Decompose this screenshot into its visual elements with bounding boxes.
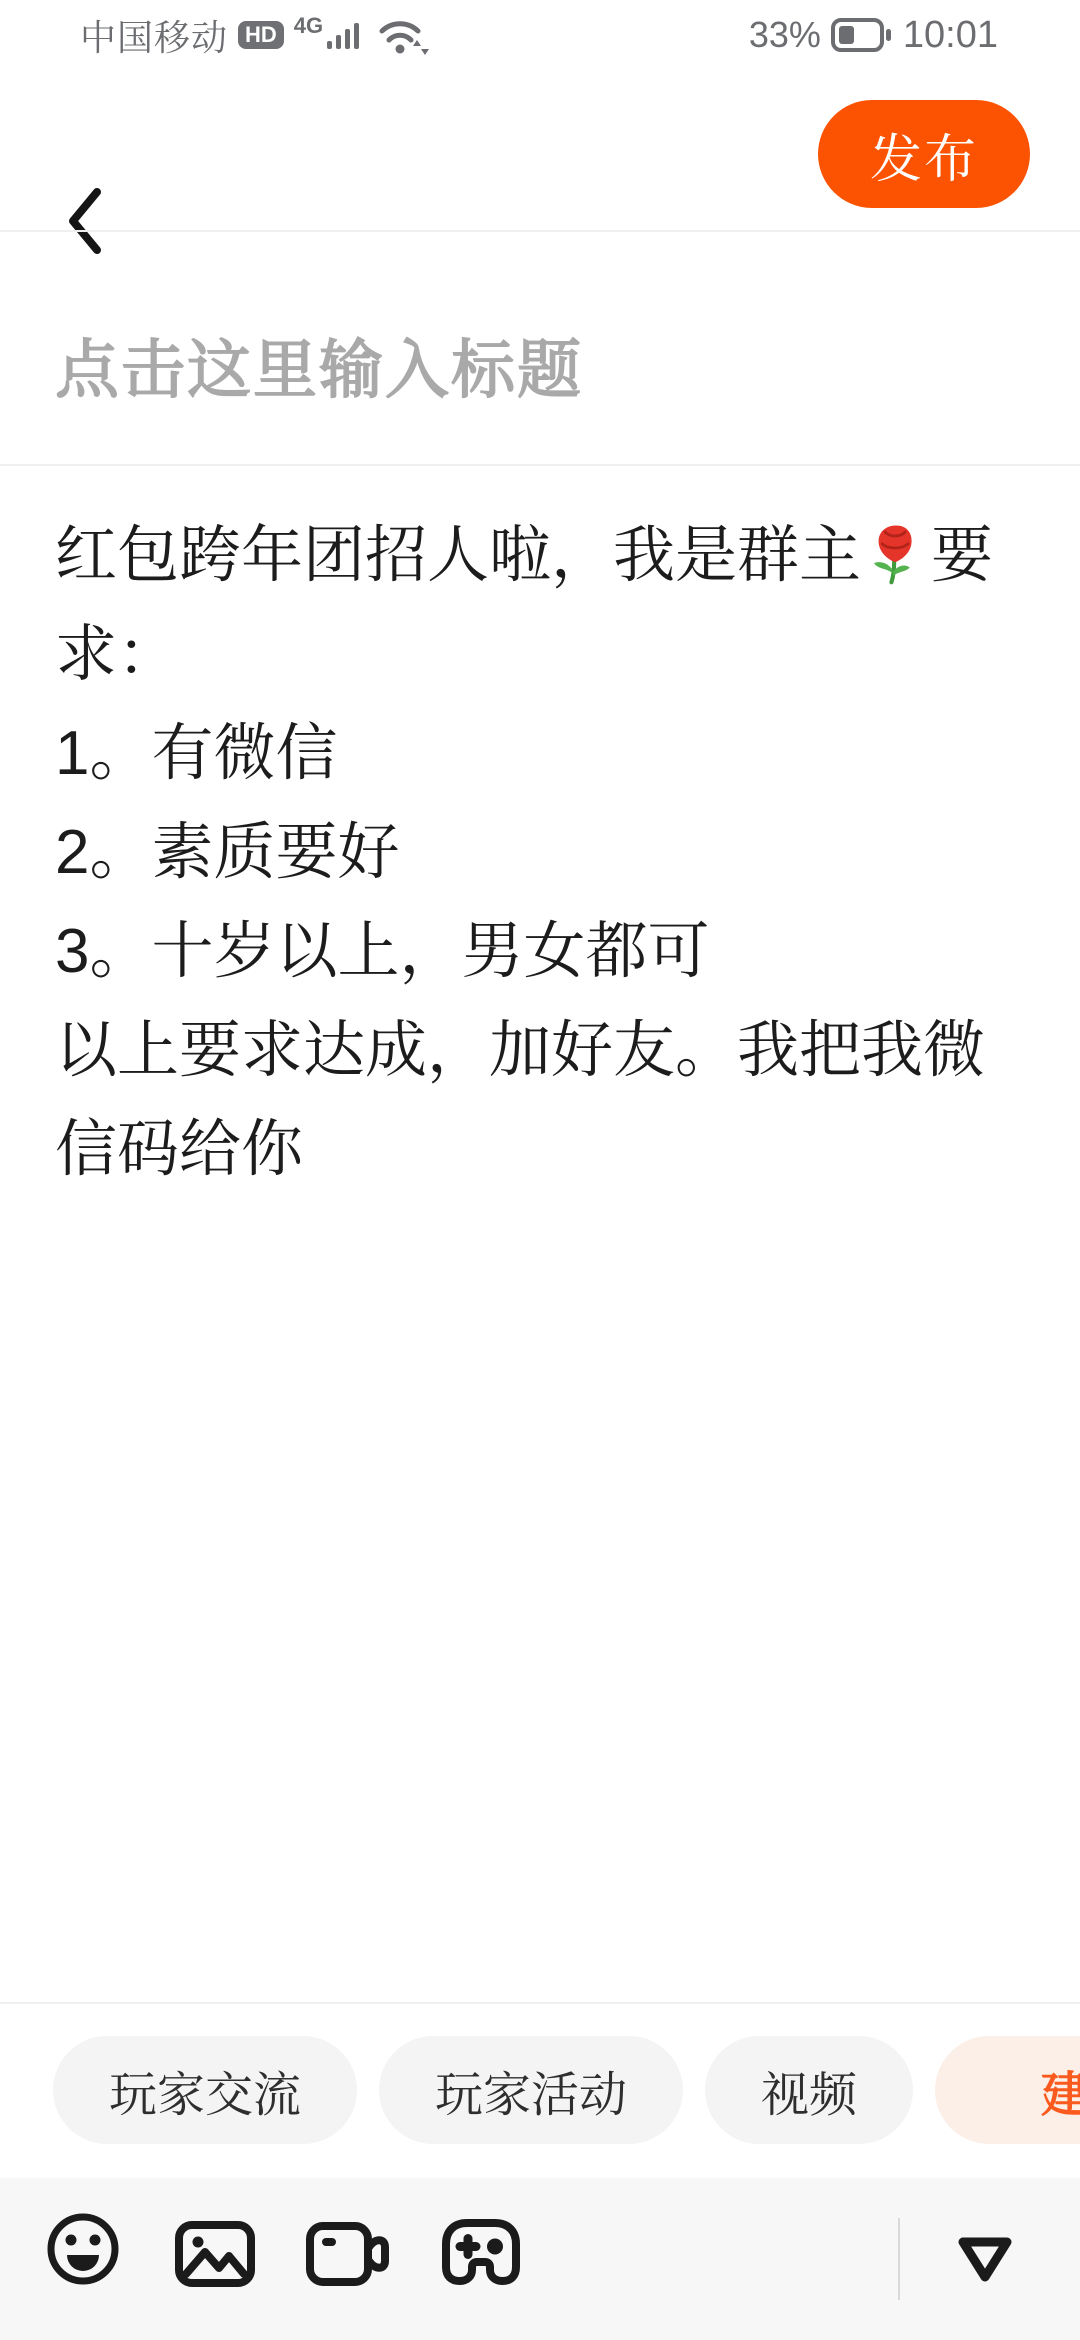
body-editor[interactable]: 红包跨年团招人啦，我是群主要求：1。有微信2。素质要好3。十岁以上，男女都可以上… — [55, 506, 1030, 1986]
emoji-button[interactable] — [38, 2204, 128, 2294]
insert-game-button[interactable] — [436, 2210, 526, 2296]
hd-badge-icon: HD — [238, 21, 284, 49]
body-line: 求： — [55, 605, 1030, 704]
clock-label: 10:01 — [903, 14, 998, 57]
insert-video-button[interactable] — [300, 2214, 396, 2294]
tags-divider — [0, 2002, 1080, 2004]
carrier-label: 中国移动 — [80, 10, 228, 61]
body-line: 以上要求达成，加好友。我把我微 — [55, 1001, 1030, 1100]
body-line: 信码给你 — [55, 1100, 1030, 1199]
bottom-toolbar — [0, 2178, 1080, 2340]
title-input[interactable]: 点击这里输入标题 — [55, 300, 1025, 430]
battery-icon — [831, 17, 893, 53]
title-divider — [0, 464, 1080, 466]
header-divider — [0, 230, 1080, 232]
toolbar-divider — [898, 2218, 900, 2300]
tag-chip[interactable]: 玩家活动 — [379, 2036, 683, 2144]
insert-image-button[interactable] — [168, 2214, 262, 2294]
tag-chip[interactable]: 视频 — [705, 2036, 913, 2144]
post-editor-screen: 中国移动 HD 4G 33% — [0, 0, 1080, 2340]
wifi-icon — [375, 13, 433, 57]
back-button[interactable] — [50, 178, 120, 264]
header: 发布 — [0, 70, 1080, 232]
status-bar: 中国移动 HD 4G 33% — [0, 0, 1080, 70]
status-right: 33% 10:01 — [749, 14, 998, 57]
emoji-icon — [43, 2209, 123, 2289]
rose-emoji — [863, 520, 929, 586]
body-line: 3。十岁以上，男女都可 — [55, 902, 1030, 1001]
tag-chip[interactable]: 玩家交流 — [53, 2036, 357, 2144]
back-chevron-icon — [64, 186, 106, 256]
triangle-down-icon — [952, 2235, 1018, 2285]
body-line: 红包跨年团招人啦，我是群主要 — [55, 506, 1030, 605]
network-type-label: 4G — [294, 13, 323, 39]
battery-percent-label: 33% — [749, 14, 821, 56]
signal-strength-icon: 4G — [294, 15, 365, 55]
tag-chips-row: 玩家交流玩家活动视频建筑 — [0, 2036, 1080, 2144]
publish-button[interactable]: 发布 — [818, 100, 1030, 208]
video-icon — [305, 2221, 391, 2287]
collapse-keyboard-button[interactable] — [938, 2222, 1032, 2298]
body-line: 1。有微信 — [55, 704, 1030, 803]
tag-chip[interactable]: 建筑 — [935, 2036, 1080, 2144]
game-icon — [441, 2214, 521, 2292]
image-icon — [174, 2220, 256, 2288]
signal-bars-icon — [325, 15, 365, 55]
body-line: 2。素质要好 — [55, 803, 1030, 902]
status-left: 中国移动 HD 4G — [80, 10, 433, 61]
